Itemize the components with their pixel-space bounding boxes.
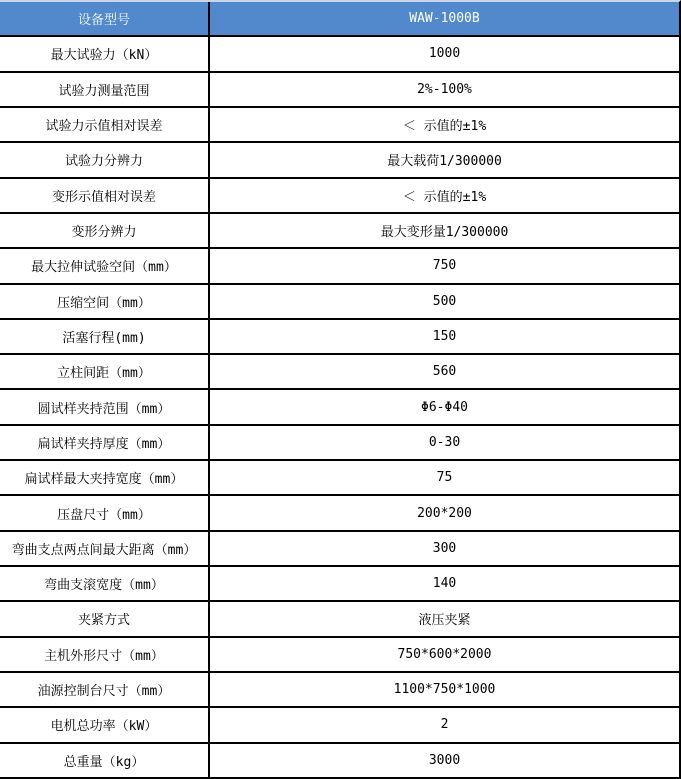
table-row-total-weight: 总重量（kg） 3000 xyxy=(0,744,679,779)
table-row-compression-space: 压缩空间（mm） 500 xyxy=(0,285,679,320)
header-device-model-value: WAW-1000B xyxy=(210,2,679,35)
spec-value: 液压夹紧 xyxy=(210,602,679,635)
spec-value: 750*600*2000 xyxy=(210,638,679,671)
spec-label: 活塞行程(mm) xyxy=(0,320,210,353)
spec-label: 总重量（kg） xyxy=(0,744,210,777)
spec-label: 弯曲支滚宽度（mm） xyxy=(0,567,210,600)
spec-value: ＜ 示值的±1% xyxy=(210,179,679,212)
spec-label: 弯曲支点两点间最大距离（mm） xyxy=(0,532,210,565)
table-row-flat-specimen-thickness: 扁试样夹持厚度（mm） 0-30 xyxy=(0,426,679,461)
spec-label: 最大拉伸试验空间（mm） xyxy=(0,249,210,282)
spec-label: 电机总功率（kW） xyxy=(0,708,210,741)
table-row-oil-console-dimensions: 油源控制台尺寸（mm） 1100*750*1000 xyxy=(0,673,679,708)
spec-value: 750 xyxy=(210,249,679,282)
spec-value: 200*200 xyxy=(210,496,679,529)
spec-value: Φ6-Φ40 xyxy=(210,390,679,423)
spec-label: 试验力示值相对误差 xyxy=(0,108,210,141)
spec-label: 扁试样夹持厚度（mm） xyxy=(0,426,210,459)
spec-value: 最大变形量1/300000 xyxy=(210,214,679,247)
spec-value: 75 xyxy=(210,461,679,494)
table-row-max-tensile-space: 最大拉伸试验空间（mm） 750 xyxy=(0,249,679,284)
table-row-platen-size: 压盘尺寸（mm） 200*200 xyxy=(0,496,679,531)
table-row-max-test-force: 最大试验力（kN） 1000 xyxy=(0,37,679,72)
spec-value: 150 xyxy=(210,320,679,353)
spec-label: 夹紧方式 xyxy=(0,602,210,635)
table-row-force-relative-error: 试验力示值相对误差 ＜ 示值的±1% xyxy=(0,108,679,143)
table-row-deform-resolution: 变形分辨力 最大变形量1/300000 xyxy=(0,214,679,249)
table-row-force-resolution: 试验力分辨力 最大载荷1/300000 xyxy=(0,143,679,178)
spec-value: 3000 xyxy=(210,744,679,777)
spec-label: 扁试样最大夹持宽度（mm） xyxy=(0,461,210,494)
spec-value: 1000 xyxy=(210,37,679,70)
table-row-piston-stroke: 活塞行程(mm) 150 xyxy=(0,320,679,355)
spec-value: 500 xyxy=(210,285,679,318)
spec-label: 变形分辨力 xyxy=(0,214,210,247)
spec-label: 试验力测量范围 xyxy=(0,73,210,106)
table-row-bend-roller-width: 弯曲支滚宽度（mm） 140 xyxy=(0,567,679,602)
table-row-column-spacing: 立柱间距（mm） 560 xyxy=(0,355,679,390)
spec-label: 主机外形尺寸（mm） xyxy=(0,638,210,671)
table-row-force-measure-range: 试验力测量范围 2%-100% xyxy=(0,73,679,108)
spec-label: 试验力分辨力 xyxy=(0,143,210,176)
spec-label: 油源控制台尺寸（mm） xyxy=(0,673,210,706)
table-row-motor-total-power: 电机总功率（kW） 2 xyxy=(0,708,679,743)
spec-label: 立柱间距（mm） xyxy=(0,355,210,388)
table-row-host-dimensions: 主机外形尺寸（mm） 750*600*2000 xyxy=(0,638,679,673)
spec-value: 300 xyxy=(210,532,679,565)
table-row-flat-specimen-width: 扁试样最大夹持宽度（mm） 75 xyxy=(0,461,679,496)
spec-table: 设备型号 WAW-1000B 最大试验力（kN） 1000 试验力测量范围 2%… xyxy=(0,0,681,779)
spec-label: 圆试样夹持范围（mm） xyxy=(0,390,210,423)
spec-label: 压缩空间（mm） xyxy=(0,285,210,318)
table-header-row: 设备型号 WAW-1000B xyxy=(0,2,679,37)
spec-label: 变形示值相对误差 xyxy=(0,179,210,212)
spec-value: ＜ 示值的±1% xyxy=(210,108,679,141)
spec-value: 2 xyxy=(210,708,679,741)
spec-value: 0-30 xyxy=(210,426,679,459)
spec-value: 最大载荷1/300000 xyxy=(210,143,679,176)
table-row-deform-relative-error: 变形示值相对误差 ＜ 示值的±1% xyxy=(0,179,679,214)
spec-value: 140 xyxy=(210,567,679,600)
table-row-bend-support-max-distance: 弯曲支点两点间最大距离（mm） 300 xyxy=(0,532,679,567)
spec-value: 2%-100% xyxy=(210,73,679,106)
spec-value: 560 xyxy=(210,355,679,388)
table-row-clamping-method: 夹紧方式 液压夹紧 xyxy=(0,602,679,637)
spec-label: 压盘尺寸（mm） xyxy=(0,496,210,529)
spec-label: 最大试验力（kN） xyxy=(0,37,210,70)
spec-value: 1100*750*1000 xyxy=(210,673,679,706)
header-device-model-label: 设备型号 xyxy=(0,2,210,35)
table-row-round-specimen-range: 圆试样夹持范围（mm） Φ6-Φ40 xyxy=(0,390,679,425)
